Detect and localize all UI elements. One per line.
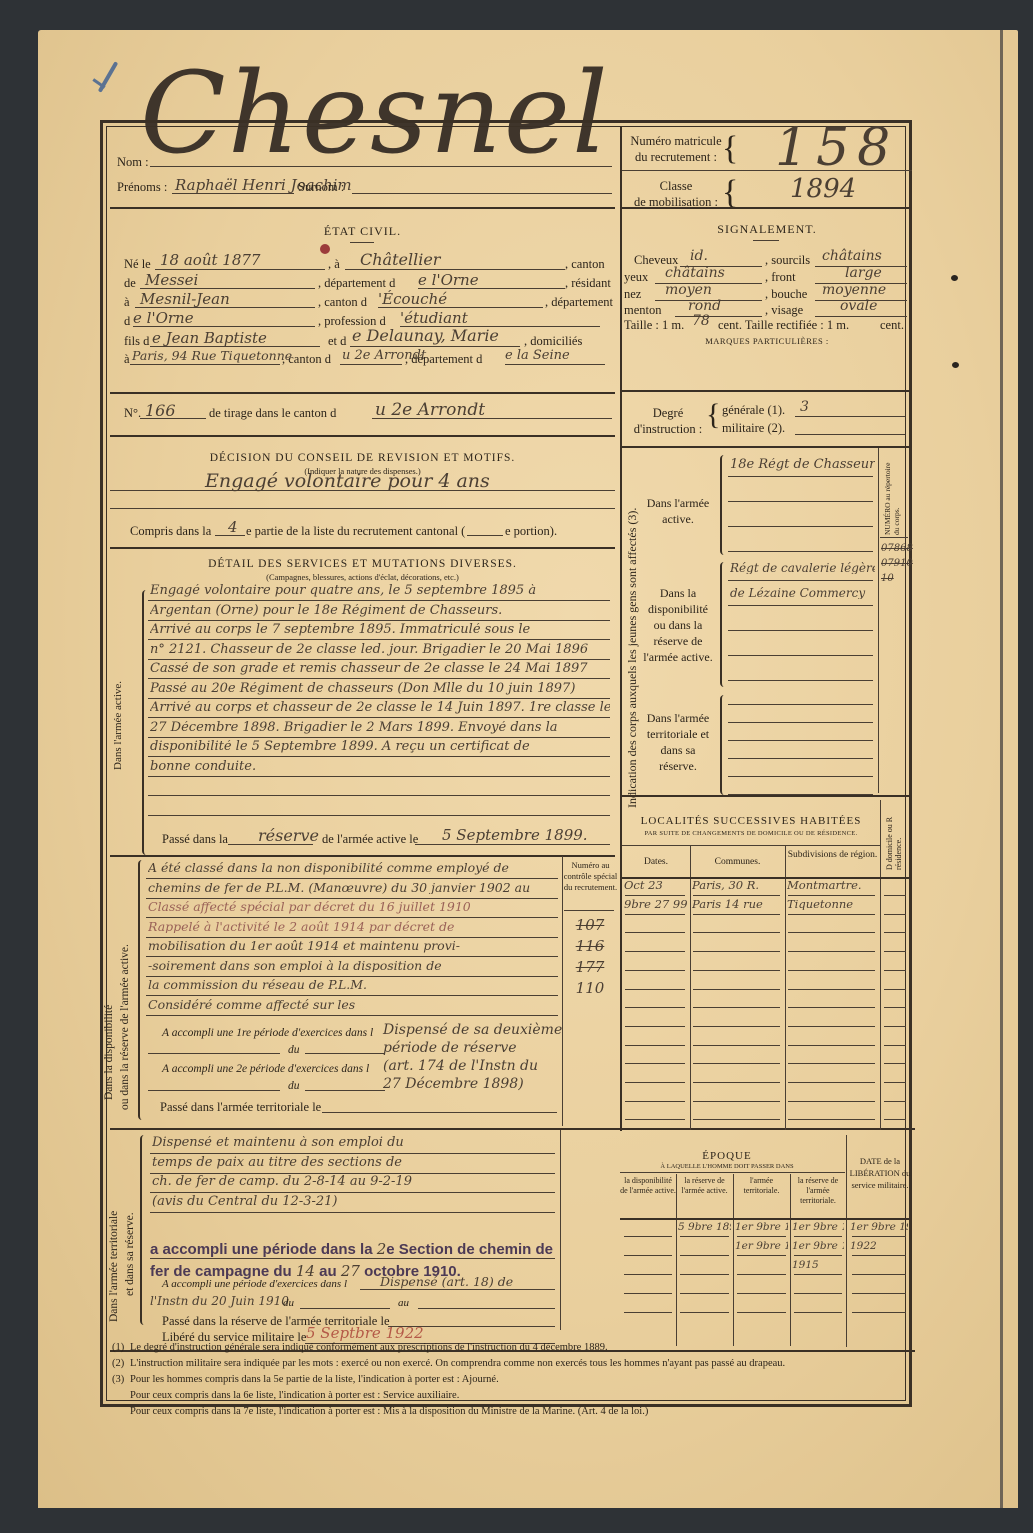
ruled-line xyxy=(693,1045,780,1046)
pere-value: e Jean Baptiste xyxy=(152,329,267,347)
taille-rectifiee-label: cent. Taille rectifiée : 1 m. xyxy=(718,318,849,333)
period2-au: 27 Décembre 1898) xyxy=(383,1076,524,1092)
ruled-line xyxy=(150,1212,555,1213)
du-label: du xyxy=(288,1044,300,1056)
field-line xyxy=(148,1053,280,1054)
departement-value: e l'Orne xyxy=(418,271,479,289)
prenoms-line xyxy=(172,193,294,194)
ruled-line xyxy=(728,551,873,552)
controle-column-divider xyxy=(562,856,563,1126)
column-divider xyxy=(785,846,786,1130)
column-divider xyxy=(676,1174,677,1346)
ruled-line xyxy=(680,1274,729,1275)
ruled-line xyxy=(728,740,873,741)
brace xyxy=(720,695,724,795)
front-label: , front xyxy=(765,270,796,285)
ruled-line xyxy=(693,895,780,896)
epoque-cell: 1er 9bre 1920 xyxy=(850,1222,908,1233)
dispo-entry: mobilisation du 1er août 1914 et mainten… xyxy=(148,940,558,953)
divider xyxy=(350,242,374,243)
fils-label: fils d xyxy=(124,334,149,349)
nez-label: nez xyxy=(624,287,641,302)
canton-label: , canton xyxy=(565,257,605,272)
cheveux-value: id. xyxy=(690,248,708,264)
ruled-line xyxy=(693,970,780,971)
ruled-line xyxy=(737,1255,786,1256)
passe-label-2: de l'armée active le xyxy=(322,832,418,847)
book-spine xyxy=(1000,30,1003,1508)
territoriale-entry: temps de paix au titre des sections de xyxy=(152,1156,557,1169)
ruled-line xyxy=(625,1007,685,1008)
ruled-line xyxy=(728,605,873,606)
ruled-line xyxy=(884,1119,906,1120)
brace xyxy=(140,1135,144,1325)
canton-prefix: de xyxy=(124,276,136,291)
decision-value: Engagé volontaire pour 4 ans xyxy=(205,470,490,492)
ruled-line xyxy=(884,1007,906,1008)
localite-cell: Oct 23 xyxy=(624,880,688,892)
instruction-label: Degréd'instruction : xyxy=(626,405,710,437)
service-entry: Arrivé au corps le 7 septembre 1895. Imm… xyxy=(150,623,610,636)
field-line xyxy=(140,418,206,419)
service-entry: bonne conduite. xyxy=(150,760,610,773)
canton3-label: , canton d xyxy=(282,352,331,367)
ruled-line xyxy=(852,1274,906,1275)
residant-prefix: à xyxy=(124,295,130,310)
ruled-line xyxy=(788,1101,875,1102)
ruled-line xyxy=(728,501,873,502)
period2-value: (art. 174 de l'Instn du xyxy=(383,1058,538,1074)
ruled-line xyxy=(624,1274,672,1275)
punch-hole xyxy=(951,275,958,281)
yeux-value: châtains xyxy=(665,265,725,281)
divider xyxy=(110,855,615,857)
services-title: DÉTAIL DES SERVICES ET MUTATIONS DIVERSE… xyxy=(110,558,615,570)
brace xyxy=(720,455,724,555)
ruled-line xyxy=(693,1119,780,1120)
ruled-line xyxy=(788,970,875,971)
divider xyxy=(622,795,912,797)
numero-column-divider xyxy=(878,448,879,793)
domicilies-label: , domiciliés xyxy=(524,334,582,349)
affectation-dispo-entry: Régt de cavalerie légère xyxy=(730,562,875,574)
period1-au: période de réserve xyxy=(383,1040,517,1056)
ruled-line xyxy=(148,717,610,718)
ruled-line xyxy=(693,932,780,933)
ruled-line xyxy=(624,1255,672,1256)
controle-numero: 116 xyxy=(565,937,615,955)
ruled-line xyxy=(884,1026,906,1027)
field-line xyxy=(140,288,315,289)
departement2-value: e l'Orne xyxy=(133,309,194,327)
ruled-line xyxy=(788,1007,875,1008)
dispo-entry: chemins de fer de P.L.M. (Manœuvre) du 3… xyxy=(148,882,558,895)
localite-cell: Paris 14 rue xyxy=(692,899,783,911)
ruled-line xyxy=(728,722,873,723)
marques-label: MARQUES PARTICULIÈRES : xyxy=(622,336,912,346)
ruled-line xyxy=(728,526,873,527)
tirage-canton: u 2e Arrondt xyxy=(375,400,485,420)
field-line xyxy=(150,346,320,347)
sourcils-label: , sourcils xyxy=(765,253,810,268)
signalement-title: SIGNALEMENT. xyxy=(622,222,912,237)
epoque-cell: 1915 xyxy=(792,1260,844,1271)
dispo-entry: la commission du réseau de P.L.M. xyxy=(148,979,558,992)
sourcils-value: châtains xyxy=(822,248,882,264)
bouche-value: moyenne xyxy=(822,282,886,298)
ruled-line xyxy=(794,1274,842,1275)
ruled-line xyxy=(737,1312,786,1313)
ruled-line xyxy=(693,914,780,915)
ruled-line xyxy=(788,1119,875,1120)
ruled-line xyxy=(148,756,610,757)
ruled-line xyxy=(728,680,873,681)
dispo-entry: Rappelé à l'activité le 2 août 1914 par … xyxy=(148,921,558,934)
ruled-line xyxy=(728,655,873,656)
ruled-line xyxy=(693,1026,780,1027)
ruled-line xyxy=(788,1063,875,1064)
ruled-line xyxy=(728,776,873,777)
instruction-generale-value: 3 xyxy=(800,399,809,415)
controle-numero: 107 xyxy=(565,916,615,934)
localite-cell: Paris, 30 R. xyxy=(692,880,783,892)
ruled-line xyxy=(625,914,685,915)
ruled-line xyxy=(788,951,875,952)
ruled-line xyxy=(852,1236,906,1237)
divider xyxy=(622,207,912,209)
menton-value: rond xyxy=(688,298,721,314)
ruled-line xyxy=(852,1255,906,1256)
ruled-line xyxy=(852,1293,906,1294)
epoque-cell: 5 9bre 1899 xyxy=(678,1222,731,1233)
ruled-line xyxy=(150,1258,555,1259)
services-vertical-label: Dans l'armée active. xyxy=(112,681,124,770)
ruled-line xyxy=(148,698,610,699)
localites-subtitle: PAR SUITE DE CHANGEMENTS DE DOMICILE OU … xyxy=(622,830,880,837)
period2-label: A accompli une 2e période d'exercices da… xyxy=(162,1063,369,1075)
ne-le-value: 18 août 1877 xyxy=(160,251,260,269)
instruction-generale-label: générale (1). xyxy=(722,403,785,418)
periode-value: Dispensé (art. 18) de xyxy=(380,1274,513,1289)
prenoms-label: Prénoms : xyxy=(117,180,167,195)
field-line xyxy=(467,535,503,536)
canton-value: Messei xyxy=(145,271,198,289)
ruled-line xyxy=(852,1312,906,1313)
residant-label: , résidant xyxy=(565,276,611,291)
territoriale-entry: ch. de fer de camp. du 2-8-14 au 9-2-19 xyxy=(152,1175,557,1188)
au-label: au xyxy=(398,1297,409,1309)
field-line xyxy=(300,1308,390,1309)
ruled-line xyxy=(693,1101,780,1102)
ruled-line xyxy=(680,1293,729,1294)
ruled-line xyxy=(148,678,610,679)
affectation-active-entry: 18e Régt de Chasseurs xyxy=(730,458,875,471)
divider xyxy=(620,1218,910,1220)
ruled-line xyxy=(625,1063,685,1064)
footnote: Pour ceux compris dans la 7e liste, l'in… xyxy=(112,1404,902,1420)
ruled-line xyxy=(693,1063,780,1064)
localite-cell: Tiquetonne xyxy=(787,899,878,911)
field-line xyxy=(130,364,280,365)
footnote-number xyxy=(112,1388,130,1404)
compris-label-3: e portion). xyxy=(505,524,557,539)
field-line xyxy=(133,326,315,327)
departement2-prefix: d xyxy=(124,314,130,329)
footnote-text: Pour ceux compris dans la 6e liste, l'in… xyxy=(130,1388,459,1404)
residant-value: Mesnil-Jean xyxy=(140,290,230,308)
departement3-label: , département d xyxy=(405,352,482,367)
ruled-line xyxy=(146,917,558,918)
field-line xyxy=(135,307,315,308)
du-label: du xyxy=(283,1297,294,1309)
service-entry: disponibilité le 5 Septembre 1899. A reç… xyxy=(150,740,610,753)
service-entry: Arrivé au corps et chasseur de 2e classe… xyxy=(150,701,610,714)
controle-header: Numéro au contrôle spécial du recrutemen… xyxy=(563,860,618,893)
epoque-cell: 1er 9bre 1914 xyxy=(792,1222,844,1233)
ruled-line xyxy=(625,895,685,896)
et-de-label: et d xyxy=(328,334,346,349)
period1-label: A accompli une 1re période d'exercices d… xyxy=(162,1027,373,1039)
ruled-line xyxy=(788,989,875,990)
ruled-line xyxy=(146,995,558,996)
field-line xyxy=(378,307,543,308)
nom-label: Nom : xyxy=(117,155,149,170)
ruled-line xyxy=(693,951,780,952)
field-line xyxy=(795,416,905,417)
ruled-line xyxy=(146,1015,558,1016)
yeux-label: yeux xyxy=(624,270,648,285)
epoque-column-header: la disponibilité de l'armée active. xyxy=(620,1176,676,1196)
ruled-line xyxy=(693,989,780,990)
passe-territoriale-label: Passé dans l'armée territoriale le xyxy=(160,1100,321,1115)
divider xyxy=(622,170,912,171)
column-divider xyxy=(846,1135,847,1347)
ruled-line xyxy=(625,932,685,933)
field-line xyxy=(215,535,245,536)
ruled-line xyxy=(680,1236,729,1237)
periode-label: A accompli une période d'exercices dans … xyxy=(162,1278,347,1290)
field-line xyxy=(155,269,325,270)
ruled-line xyxy=(884,951,906,952)
field-line xyxy=(418,1308,555,1309)
repertoire-numero: 10 xyxy=(881,573,894,584)
ruled-line xyxy=(148,659,610,660)
territoriale-vertical-label-1: Dans l'armée territoriale xyxy=(108,1211,120,1322)
service-entry: Argentan (Orne) pour le 18e Régiment de … xyxy=(150,604,610,617)
ruled-line xyxy=(624,1293,672,1294)
ruled-line xyxy=(146,956,558,957)
territoriale-label: Dans l'armée territoriale et dans sa rés… xyxy=(642,710,714,774)
dispo-vertical-label-2: ou dans la réserve de l'armée active. xyxy=(119,944,131,1110)
front-value: large xyxy=(845,265,882,281)
surnom-line xyxy=(352,193,612,194)
domicile-prefix: à xyxy=(124,352,130,367)
divider xyxy=(110,1128,915,1130)
compris-label-2: e partie de la liste du recrutement cant… xyxy=(246,524,465,539)
ruled-line xyxy=(146,976,558,977)
controle-numero: 110 xyxy=(565,979,615,997)
ruled-line xyxy=(794,1312,842,1313)
ruled-line xyxy=(150,1192,555,1193)
field-line xyxy=(418,288,565,289)
ruled-line xyxy=(148,776,610,777)
matricule-number: 158 xyxy=(775,118,898,178)
brace xyxy=(720,562,724,687)
localites-title: LOCALITÉS SUCCESSIVES HABITÉES xyxy=(622,815,880,827)
dispo-vertical-label-1: Dans la disponibilité xyxy=(103,1005,115,1100)
instruction-militaire-label: militaire (2). xyxy=(722,421,785,436)
numero-repertoire-header: NUMÉRO au répertoire du corps. xyxy=(883,455,901,535)
epoque-column-header: l'armée territoriale. xyxy=(733,1176,790,1196)
footnote: (1)Le degré d'instruction générale sera … xyxy=(112,1340,902,1356)
ruled-line xyxy=(146,878,558,879)
repertoire-numero: 07910 xyxy=(881,558,913,569)
localites-column-header: Dates. xyxy=(622,857,690,868)
footnote: (3)Pour les hommes compris dans la 5e pa… xyxy=(112,1372,902,1388)
profession-value: 'étudiant xyxy=(400,309,468,327)
footnote: (2)L'instruction militaire sera indiquée… xyxy=(112,1356,902,1372)
ruled-line xyxy=(148,620,610,621)
field-line xyxy=(372,418,612,419)
liberation-date-header: DATE de la LIBÉRATION du service militai… xyxy=(848,1155,912,1191)
ruled-line xyxy=(148,795,610,796)
mere-value: e Delaunay, Marie xyxy=(352,326,499,345)
divider xyxy=(622,390,912,392)
ruled-line xyxy=(110,508,615,509)
lieu-naissance-value: Châtellier xyxy=(360,250,440,269)
service-entry: n° 2121. Chasseur de 2e classe led. jour… xyxy=(150,643,610,656)
footnote-number: (3) xyxy=(112,1372,130,1388)
ruled-line xyxy=(788,932,875,933)
check-mark-icon xyxy=(92,60,122,100)
column-divider xyxy=(560,1130,561,1330)
divider xyxy=(110,547,615,549)
ruled-line xyxy=(884,1063,906,1064)
surnom-label: Surnom : xyxy=(298,180,344,195)
service-entry: Passé au 20e Régiment de chasseurs (Don … xyxy=(150,682,610,695)
service-entry: Cassé de son grade et remis chasseur de … xyxy=(150,662,610,675)
ruled-line xyxy=(625,1026,685,1027)
territoriale-vertical-label-2: et dans sa réserve. xyxy=(124,1212,136,1296)
ruled-line xyxy=(794,1236,842,1237)
stamp-line-1: a accompli une période dans la 2e Sectio… xyxy=(150,1240,553,1258)
footnote-text: Pour les hommes compris dans la 5e parti… xyxy=(130,1372,499,1388)
period1-value: Dispensé de sa deuxième xyxy=(383,1022,562,1038)
menton-label: menton xyxy=(624,303,662,318)
ruled-line xyxy=(788,914,875,915)
ruled-line xyxy=(625,1082,685,1083)
ruled-line xyxy=(148,815,610,816)
field-line xyxy=(340,364,402,365)
ruled-line xyxy=(146,937,558,938)
epoque-cell: 1922 xyxy=(850,1241,908,1252)
red-ink-dot xyxy=(320,244,330,254)
ruled-line xyxy=(150,1173,555,1174)
field-line xyxy=(305,1090,385,1091)
epoque-cell: 1er 9bre 1908 xyxy=(735,1241,788,1252)
field-line xyxy=(228,844,313,845)
ruled-line xyxy=(788,1045,875,1046)
ruled-line xyxy=(884,1045,906,1046)
departement3-value: e la Seine xyxy=(505,348,570,363)
ruled-line xyxy=(794,1255,842,1256)
ruled-line xyxy=(737,1236,786,1237)
domicile-value: Paris, 94 Rue Tiquetonne xyxy=(132,348,292,363)
territoriale-entry: Dispensé et maintenu à son emploi du xyxy=(152,1136,557,1149)
ruled-line xyxy=(148,737,610,738)
localites-side-header: D domicile ou R résidence. xyxy=(885,810,903,870)
du-label: du xyxy=(288,1080,300,1092)
field-line xyxy=(305,1053,385,1054)
divider xyxy=(110,392,615,394)
epoque-title: ÉPOQUE xyxy=(612,1150,842,1162)
departement2-label: , département xyxy=(545,295,613,310)
etat-civil-title: ÉTAT CIVIL. xyxy=(110,224,615,239)
divider xyxy=(880,537,908,538)
visage-label: , visage xyxy=(765,303,803,318)
bouche-label: , bouche xyxy=(765,287,807,302)
divider xyxy=(564,910,614,911)
periode-line2: l'Instn du 20 Juin 1910 xyxy=(150,1294,289,1308)
footnotes: (1)Le degré d'instruction générale sera … xyxy=(112,1340,902,1420)
ruled-line xyxy=(680,1312,729,1313)
ruled-line xyxy=(625,951,685,952)
ruled-line xyxy=(728,476,873,477)
ruled-line xyxy=(625,1101,685,1102)
epoque-cell: 1er 9bre 1914 xyxy=(792,1241,844,1252)
localites-column-header: Communes. xyxy=(690,857,785,868)
field-line xyxy=(360,1289,555,1290)
a-label: , à xyxy=(328,257,340,272)
ruled-line xyxy=(146,898,558,899)
field-line xyxy=(322,1112,557,1113)
field-line xyxy=(148,1090,280,1091)
epoque-subtitle: À LAQUELLE L'HOMME DOIT PASSER DANS xyxy=(612,1163,842,1170)
ruled-line xyxy=(624,1236,672,1237)
column-divider xyxy=(690,846,691,1130)
ruled-line xyxy=(884,1082,906,1083)
nom-field-line xyxy=(150,166,612,167)
territoriale-entry: (avis du Central du 12-3-21) xyxy=(152,1195,557,1208)
field-line xyxy=(345,269,565,270)
repertoire-numero: 07868 xyxy=(881,543,913,554)
controle-numero: 177 xyxy=(565,958,615,976)
ruled-line xyxy=(884,895,906,896)
ruled-line xyxy=(625,989,685,990)
dispo-entry: Considéré comme affecté sur les xyxy=(148,999,558,1012)
service-entry: 27 Décembre 1898. Brigadier le 2 Mars 18… xyxy=(150,721,610,734)
cent-label: cent. xyxy=(880,318,904,333)
ruled-line xyxy=(728,630,873,631)
ruled-line xyxy=(884,914,906,915)
divider xyxy=(622,446,912,448)
services-subtitle: (Campagnes, blessures, actions d'éclat, … xyxy=(110,572,615,582)
decision-title: DÉCISION DU CONSEIL DE REVISION ET MOTIF… xyxy=(110,452,615,464)
column-divider xyxy=(733,1174,734,1346)
matricule-label: Numéro matriculedu recrutement : xyxy=(626,133,726,165)
ruled-line xyxy=(148,639,610,640)
visage-value: ovale xyxy=(840,298,877,314)
compris-partie: 4 xyxy=(228,518,238,536)
punch-hole xyxy=(952,362,959,368)
brace xyxy=(138,860,142,1120)
localites-column-header: Subdivisions de région. xyxy=(785,850,880,861)
ruled-line xyxy=(884,1101,906,1102)
taille-value: 78 xyxy=(692,313,710,329)
brace xyxy=(142,590,146,855)
footnote-text: L'instruction militaire sera indiquée pa… xyxy=(130,1356,785,1372)
taille-label: Taille : 1 m. xyxy=(624,318,684,333)
